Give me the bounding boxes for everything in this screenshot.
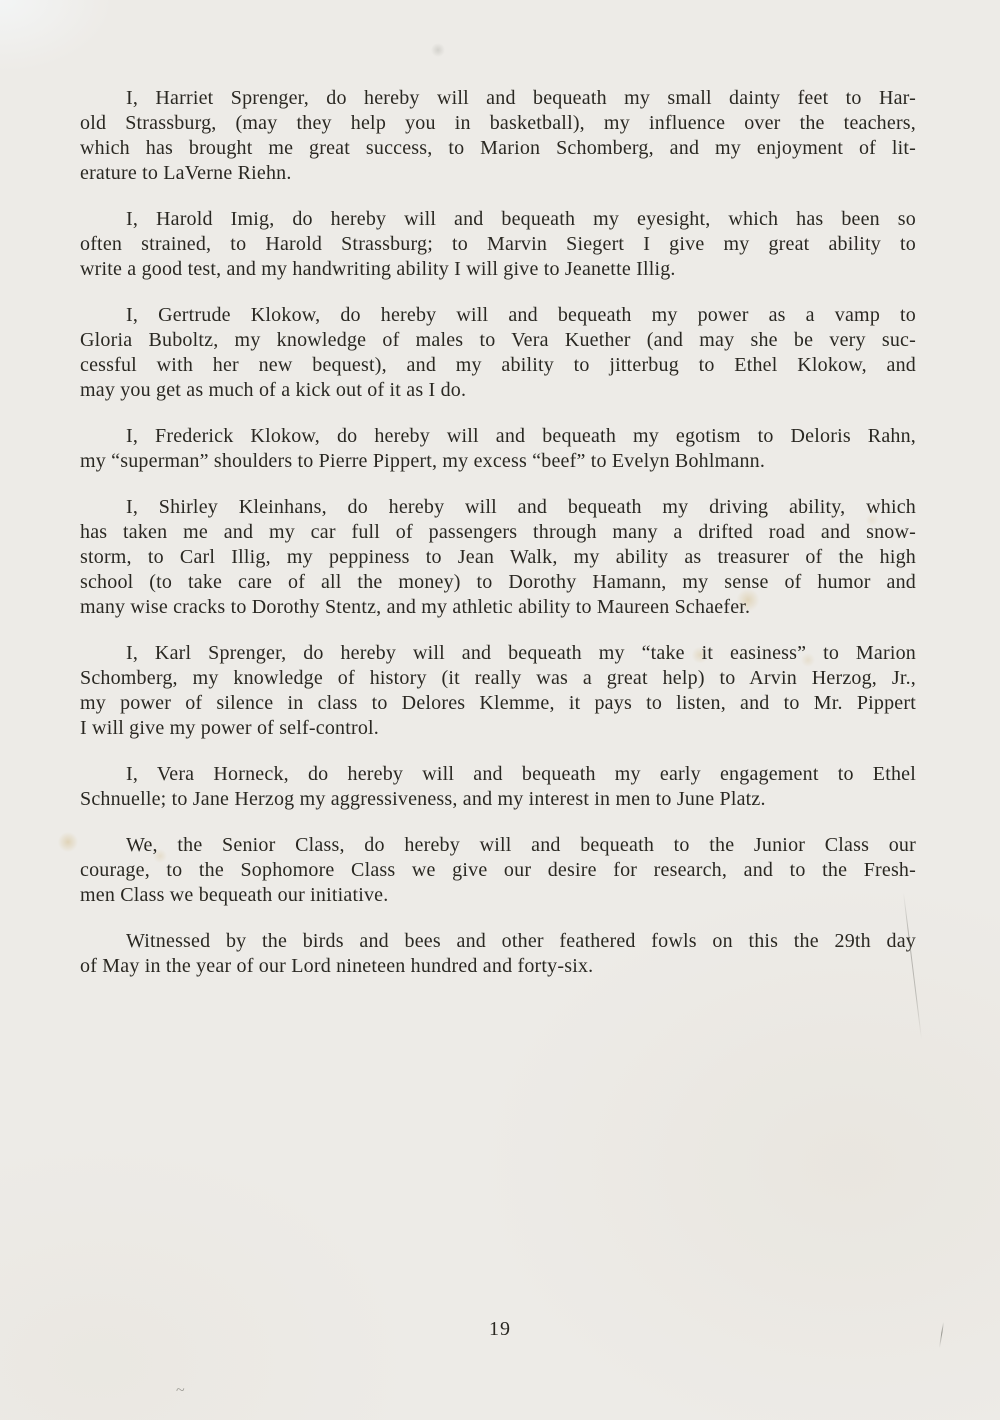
text-line: Witnessed by the birds and bees and othe… [80,929,916,954]
text-line: school (to take care of all the money) t… [80,570,916,595]
text-line: We, the Senior Class, do hereby will and… [80,833,916,858]
text-line: I, Harold Imig, do hereby will and beque… [80,207,916,232]
text-line: I will give my power of self-control. [80,716,916,741]
text-line: Gloria Buboltz, my knowledge of males to… [80,328,916,353]
text-line: of May in the year of our Lord nineteen … [80,954,916,979]
text-line: I, Gertrude Klokow, do hereby will and b… [80,303,916,328]
text-line: my “superman” shoulders to Pierre Pipper… [80,449,916,474]
paragraph: I, Frederick Klokow, do hereby will and … [80,424,916,474]
text-line: old Strassburg, (may they help you in ba… [80,111,916,136]
text-line: I, Shirley Kleinhans, do hereby will and… [80,495,916,520]
paragraph: I, Harold Imig, do hereby will and beque… [80,207,916,282]
text-line: may you get as much of a kick out of it … [80,378,916,403]
text-line: often strained, to Harold Strassburg; to… [80,232,916,257]
text-line: many wise cracks to Dorothy Stentz, and … [80,595,916,620]
paragraph: I, Shirley Kleinhans, do hereby will and… [80,495,916,620]
text-line: erature to LaVerne Riehn. [80,161,916,186]
paragraph: Witnessed by the birds and bees and othe… [80,929,916,979]
text-line: storm, to Carl Illig, my peppiness to Je… [80,545,916,570]
text-line: I, Frederick Klokow, do hereby will and … [80,424,916,449]
page: I, Harriet Sprenger, do hereby will and … [0,0,1000,1420]
text-line: which has brought me great success, to M… [80,136,916,161]
text-line: I, Harriet Sprenger, do hereby will and … [80,86,916,111]
text-line: courage, to the Sophomore Class we give … [80,858,916,883]
pencil-mark: ~ [176,1382,185,1400]
paragraph: I, Vera Horneck, do hereby will and bequ… [80,762,916,812]
text-line: cessful with her new bequest), and my ab… [80,353,916,378]
text-line: write a good test, and my handwriting ab… [80,257,916,282]
text-line: my power of silence in class to Delores … [80,691,916,716]
text-line: I, Vera Horneck, do hereby will and bequ… [80,762,916,787]
text-line: Schomberg, my knowledge of history (it r… [80,666,916,691]
text-line: I, Karl Sprenger, do hereby will and beq… [80,641,916,666]
paragraph: We, the Senior Class, do hereby will and… [80,833,916,908]
paragraph: I, Harriet Sprenger, do hereby will and … [80,86,916,186]
text-line: men Class we bequeath our initiative. [80,883,916,908]
page-number: 19 [0,1318,1000,1341]
paragraph: I, Gertrude Klokow, do hereby will and b… [80,303,916,403]
text-block: I, Harriet Sprenger, do hereby will and … [80,86,916,1000]
text-line: Schnuelle; to Jane Herzog my aggressiven… [80,787,916,812]
text-line: has taken me and my car full of passenge… [80,520,916,545]
paragraph: I, Karl Sprenger, do hereby will and beq… [80,641,916,741]
